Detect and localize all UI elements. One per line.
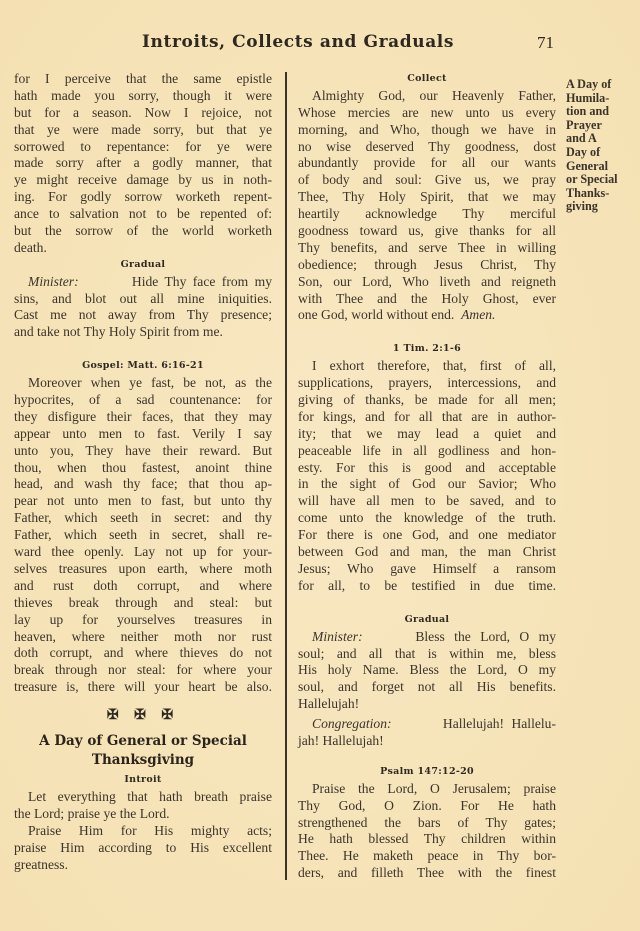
spacer <box>298 324 556 341</box>
text-line: ward thee openly. Lay not up for your- <box>14 544 272 561</box>
amen: Amen. <box>461 307 495 322</box>
text-line: Hallelujah! <box>298 696 556 713</box>
text-line: between God and man, the man Christ <box>298 544 556 561</box>
text-line: ye might receive damage by us in noth- <box>14 172 272 189</box>
text-line: I exhort therefore, that, first of all, <box>298 358 556 375</box>
section-heading-psalm: Psalm 147:12-20 <box>298 764 556 781</box>
text-line: morning, and Who, though we have in <box>298 122 556 139</box>
text-line: for I perceive that the same epistle <box>14 71 272 88</box>
text-line: thieves break through and steal: but <box>14 595 272 612</box>
text-line: ing. For godly sorrow worketh repent- <box>14 189 272 206</box>
margin-note-line: tion and <box>566 105 638 119</box>
text-line: the Lord; praise ye the Lord. <box>14 806 272 823</box>
text-line: He hath blessed Thy children within <box>298 831 556 848</box>
text-line: ance to salvation not to be repented of: <box>14 206 272 223</box>
page-number: 71 <box>537 33 554 53</box>
margin-note-line: Prayer <box>566 119 638 133</box>
text-line: ity; that we may lead a quiet and <box>298 426 556 443</box>
text-line: greatness. <box>14 857 272 874</box>
speaker-label-congregation: Congregation: <box>312 716 392 733</box>
text-line: selves treasures upon earth, where moth <box>14 561 272 578</box>
text-line: one God, world without end. Amen. <box>298 307 556 324</box>
text-line: heaven, where neither moth nor rust <box>14 629 272 646</box>
text-line: Jesus; Who gave Himself a ransom <box>298 561 556 578</box>
text-line: Congregation: Hallelujah! Hallelu- <box>298 716 556 733</box>
spacer <box>298 595 556 612</box>
text-line: Father, which seeth in secret: and thy <box>14 510 272 527</box>
text-line: His holy Name. Bless the Lord, O my <box>298 662 556 679</box>
gradual-section: Gradual Minister: Hide Thy face from my … <box>14 257 272 341</box>
margin-note: A Day of Humila- tion and Prayer and A D… <box>566 78 638 214</box>
running-head: Introits, Collects and Graduals 71 <box>0 32 640 56</box>
margin-note-line: Thanks- <box>566 187 638 201</box>
text-line: Cast me not away from Thy presence; <box>14 307 272 324</box>
text-line: Praise Him for His mighty acts; <box>14 823 272 840</box>
text-line: and take not Thy Holy Spirit from me. <box>14 324 272 341</box>
section-heading-introit: Introit <box>14 772 272 789</box>
margin-note-line: A Day of <box>566 78 638 92</box>
text-line: they disfigure their faces, that they ma… <box>14 409 272 426</box>
speaker-label-minister: Minister: <box>312 629 363 646</box>
speaker-label: Minister: <box>28 274 79 291</box>
text-line: Whose mercies are new unto us every <box>298 105 556 122</box>
text-line: will have all men to be saved, and to <box>298 493 556 510</box>
text-line: Almighty God, our Heavenly Father, <box>298 88 556 105</box>
collect-ending: one God, world without end. <box>298 307 454 322</box>
text-line: supplications, prayers, intercessions, a… <box>298 375 556 392</box>
text-line: made sorry after a godly manner, that <box>14 155 272 172</box>
text-line: sorrowed to repentance: for ye were <box>14 139 272 156</box>
epistle-section: 1 Tim. 2:1-6 I exhort therefore, that, f… <box>298 341 556 594</box>
text-line: Minister: Bless the Lord, O my <box>298 629 556 646</box>
text-line: no wise deserved Thy goodness, dost <box>298 139 556 156</box>
text-line: come unto the knowledge of the truth. <box>298 510 556 527</box>
text-line: praise Him according to His excellent <box>14 840 272 857</box>
text-line: head, and wash thy face; that thou ap- <box>14 476 272 493</box>
text-line: For there is one God, and one mediator <box>298 527 556 544</box>
margin-note-line: Humila- <box>566 92 638 106</box>
text-line: soul, and forget not all His benefits. <box>298 679 556 696</box>
spacer <box>14 696 272 704</box>
text-line: abundantly provide for all our wants <box>298 155 556 172</box>
text-line: Thee, Thy Holy Spirit, that we may <box>298 189 556 206</box>
text-line: Praise the Lord, O Jerusalem; praise <box>298 781 556 798</box>
text-line: in the sight of God our Savior; Who <box>298 476 556 493</box>
text-line: Father, which seeth in secret, shall re- <box>14 527 272 544</box>
book-page: Introits, Collects and Graduals 71 for I… <box>0 0 640 931</box>
text-line: thou, when thou fastest, anoint thine <box>14 460 272 477</box>
text-line: soul; and all that is within me, bless <box>298 646 556 663</box>
text-line: sins, and blot out all mine iniquities. <box>14 291 272 308</box>
text-line: treasure is, there will your heart be al… <box>14 679 272 696</box>
text-line: with Thee and the Holy Ghost, ever <box>298 291 556 308</box>
psalm-section: Psalm 147:12-20 Praise the Lord, O Jerus… <box>298 764 556 882</box>
text-line: pear not unto men to fast, but unto thy <box>14 493 272 510</box>
section-heading-gospel: Gospel: Matt. 6:16-21 <box>14 358 272 375</box>
text-line: obedience; through Jesus Christ, Thy <box>298 257 556 274</box>
text-line: and rust doth corrupt, and where <box>14 578 272 595</box>
section-title-line-2: Thanksgiving <box>14 751 272 770</box>
text-line: death. <box>14 240 272 257</box>
text-line: but the sorrow of the world worketh <box>14 223 272 240</box>
text-line: lay up for yourselves treasures in <box>14 612 272 629</box>
text-line: esty. For this is good and acceptable <box>298 460 556 477</box>
margin-note-line: Day of <box>566 146 638 160</box>
speaker-text: Hide Thy face from my <box>132 274 272 291</box>
margin-note-line: General <box>566 160 638 174</box>
section-heading-gradual: Gradual <box>14 257 272 274</box>
text-line: giving of thanks, be made for all men; <box>298 392 556 409</box>
text-line: break through nor steal: for where your <box>14 662 272 679</box>
text-line: Let everything that hath breath praise <box>14 789 272 806</box>
spacer <box>298 750 556 764</box>
section-title-line-1: A Day of General or Special <box>14 732 272 751</box>
spacer <box>14 341 272 358</box>
running-title: Introits, Collects and Graduals <box>142 32 454 52</box>
thanksgiving-title: A Day of General or Special Thanksgiving <box>14 732 272 770</box>
text-line: peaceable life in all godliness and hon- <box>298 443 556 460</box>
text-line: for all, to be testified in due time. <box>298 578 556 595</box>
right-column: Collect Almighty God, our Heavenly Fathe… <box>298 71 556 882</box>
text-line: of body and soul: Give us, we pray <box>298 172 556 189</box>
text-line: Thy God, O Zion. For He hath <box>298 798 556 815</box>
left-column: for I perceive that the same epistle hat… <box>14 71 272 873</box>
text-line: for kings, and for all that are in autho… <box>298 409 556 426</box>
section-heading-gradual: Gradual <box>298 612 556 629</box>
text-line: Son, our Lord, Who liveth and reigneth <box>298 274 556 291</box>
text-line: ders, and filleth Thee with the finest <box>298 865 556 882</box>
section-heading-collect: Collect <box>298 71 556 88</box>
text-line: goodness toward us, give thanks for all <box>298 223 556 240</box>
margin-note-line: and A <box>566 132 638 146</box>
gospel-section: Gospel: Matt. 6:16-21 Moreover when ye f… <box>14 358 272 696</box>
text-line: hath made you sorry, though it were <box>14 88 272 105</box>
text-line: Thee. He maketh peace in Thy bor- <box>298 848 556 865</box>
introit-section: Introit Let everything that hath breath … <box>14 772 272 873</box>
speaker-text: Bless the Lord, O my <box>415 629 556 646</box>
collect-section: Collect Almighty God, our Heavenly Fathe… <box>298 71 556 324</box>
text-line: Moreover when ye fast, be not, as the <box>14 375 272 392</box>
epistle-continued: for I perceive that the same epistle hat… <box>14 71 272 257</box>
cross-ornament: ✠ ✠ ✠ <box>14 704 272 728</box>
text-line: Minister: Hide Thy face from my <box>14 274 272 291</box>
text-line: hypocrites, of a sad countenance: for <box>14 392 272 409</box>
margin-note-line: or Special <box>566 173 638 187</box>
text-line: Thy benefits, and serve Thee in willing <box>298 240 556 257</box>
text-line: that ye were made sorry, but that ye <box>14 122 272 139</box>
text-line: heartily acknowledge Thy merciful <box>298 206 556 223</box>
section-heading-epistle: 1 Tim. 2:1-6 <box>298 341 556 358</box>
column-divider <box>285 72 287 880</box>
text-line: appear unto men to fast. Verily I say <box>14 426 272 443</box>
text-line: but for a season. Now I rejoice, not <box>14 105 272 122</box>
text-line: doth corrupt, and where thieves do not <box>14 645 272 662</box>
text-line: jah! Hallelujah! <box>298 733 556 750</box>
gradual-section-right: Gradual Minister: Bless the Lord, O my s… <box>298 612 556 750</box>
speaker-text: Hallelujah! Hallelu- <box>443 716 556 733</box>
text-line: strengthened the bars of Thy gates; <box>298 815 556 832</box>
text-line: unto you, They have their reward. But <box>14 443 272 460</box>
margin-note-line: giving <box>566 200 638 214</box>
